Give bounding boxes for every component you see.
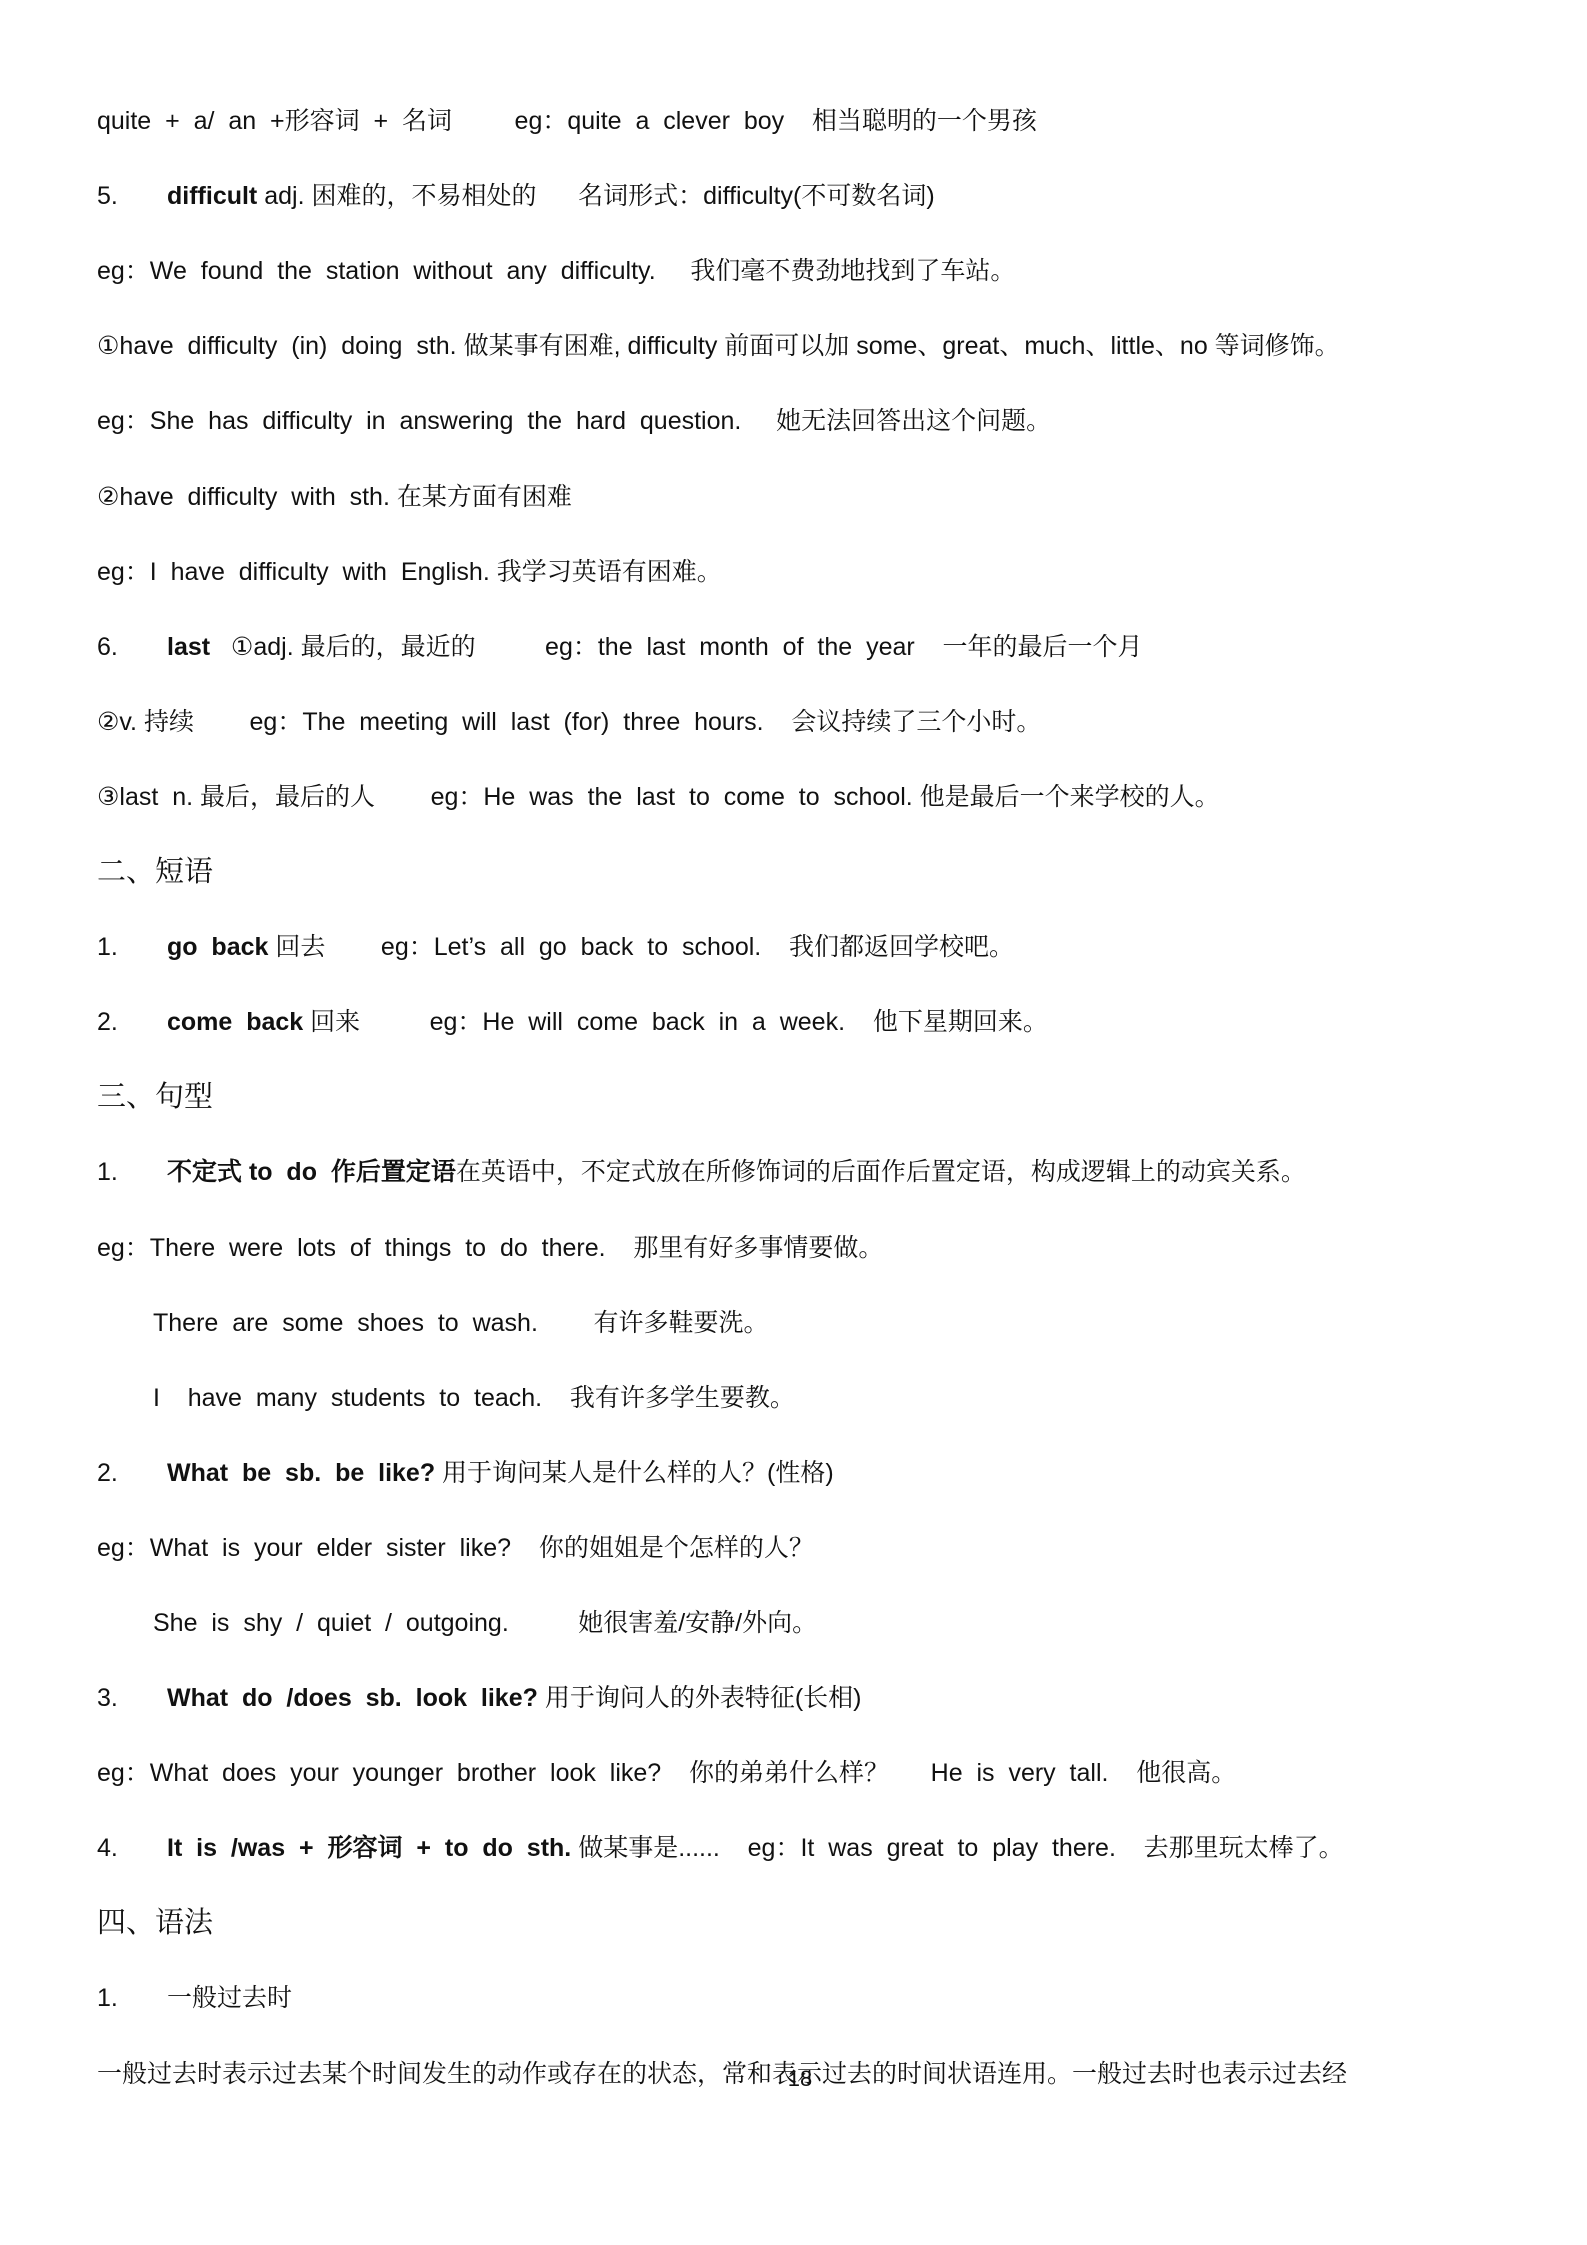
text-line: 2.What be sb. be like? 用于询问某人是什么样的人？(性格) bbox=[97, 1456, 834, 1490]
line-text: eg：We found the station without any diff… bbox=[97, 257, 656, 285]
heading-text: 四、语法 bbox=[97, 1907, 213, 1939]
text-line: 1.一般过去时 bbox=[97, 1981, 292, 2015]
item-number: 1. bbox=[97, 1155, 167, 1189]
line-text: 我们毫不费劲地找到了车站。 bbox=[656, 257, 1016, 285]
line-text: eg：She has difficulty in answering the h… bbox=[97, 407, 741, 435]
text-line: 2.come back 回来 eg：He will come back in a… bbox=[97, 1005, 1048, 1039]
text-line: 6.last ①adj. 最后的，最近的 eg：the last month o… bbox=[97, 630, 1142, 664]
line-text: adj. 困难的，不易相处的 名词形式：difficulty(不可数名词) bbox=[257, 182, 934, 210]
line-text: 一般过去时 bbox=[167, 1984, 292, 2012]
text-line: eg：What does your younger brother look l… bbox=[97, 1756, 1236, 1790]
line-text: 在英语中，不定式放在所修饰词的后面作后置定语，构成逻辑上的动宾关系。 bbox=[456, 1158, 1306, 1186]
section-heading: 二、短语 bbox=[97, 855, 213, 889]
section-heading: 三、句型 bbox=[97, 1080, 213, 1114]
keyword: What do /does sb. look like? bbox=[167, 1684, 538, 1712]
line-text: eg：What does your younger brother look l… bbox=[97, 1759, 1236, 1787]
page-number: 18 bbox=[0, 2066, 1587, 2092]
text-line: ②v. 持续 eg：The meeting will last (for) th… bbox=[97, 705, 1041, 739]
heading-text: 二、短语 bbox=[97, 856, 213, 888]
item-number: 2. bbox=[97, 1005, 167, 1039]
line-text: ②have difficulty with sth. 在某方面有困难 bbox=[97, 483, 572, 511]
item-number: 2. bbox=[97, 1456, 167, 1490]
text-line: 5.difficult adj. 困难的，不易相处的 名词形式：difficul… bbox=[97, 179, 935, 213]
text-line: 4.It is /was + 形容词 + to do sth. 做某事是....… bbox=[97, 1831, 1344, 1865]
line-text: 她无法回答出这个问题。 bbox=[741, 407, 1051, 435]
text-line: 3.What do /does sb. look like? 用于询问人的外表特… bbox=[97, 1681, 861, 1715]
text-line: eg：I have difficulty with English. 我学习英语… bbox=[97, 555, 722, 589]
line-text: ②v. 持续 eg：The meeting will last (for) th… bbox=[97, 708, 1041, 736]
text-line: eg：We found the station without any diff… bbox=[97, 254, 1015, 288]
keyword: 不定式 to do 作后置定语 bbox=[167, 1158, 456, 1186]
item-number: 4. bbox=[97, 1831, 167, 1865]
line-text: ①have difficulty (in) doing sth. 做某事有困难,… bbox=[97, 332, 1340, 360]
line-text: 做某事是...... eg：It was great to play there… bbox=[571, 1834, 1343, 1862]
text-line: eg：What is your elder sister like? 你的姐姐是… bbox=[97, 1531, 814, 1565]
text-line: I have many students to teach. 我有许多学生要教。 bbox=[153, 1381, 795, 1415]
item-number: 1. bbox=[97, 930, 167, 964]
text-line: 1.不定式 to do 作后置定语在英语中，不定式放在所修饰词的后面作后置定语，… bbox=[97, 1155, 1306, 1189]
keyword: come back bbox=[167, 1008, 303, 1036]
line-text: There are some shoes to wash. 有许多鞋要洗。 bbox=[153, 1309, 768, 1337]
keyword: What be sb. be like? bbox=[167, 1459, 435, 1487]
text-line: eg：She has difficulty in answering the h… bbox=[97, 404, 1051, 438]
line-text: ③last n. 最后，最后的人 eg：He was the last to c… bbox=[97, 783, 1220, 811]
keyword: It is /was + 形容词 + to do sth. bbox=[167, 1834, 571, 1862]
item-number: 3. bbox=[97, 1681, 167, 1715]
keyword: go back bbox=[167, 933, 268, 961]
line-text: eg：quite a clever boy 相当聪明的一个男孩 bbox=[452, 107, 1037, 135]
line-text: 用于询问某人是什么样的人？(性格) bbox=[435, 1459, 834, 1487]
text-line: ①have difficulty (in) doing sth. 做某事有困难,… bbox=[97, 329, 1340, 363]
heading-text: 三、句型 bbox=[97, 1081, 213, 1113]
line-text: 回来 eg：He will come back in a week. 他下星期回… bbox=[303, 1008, 1048, 1036]
line-text: eg：What is your elder sister like? 你的姐姐是… bbox=[97, 1534, 814, 1562]
text-line: There are some shoes to wash. 有许多鞋要洗。 bbox=[153, 1306, 768, 1340]
text-line: eg：There were lots of things to do there… bbox=[97, 1231, 883, 1265]
line-text: quite + a/ an +形容词 + 名词 bbox=[97, 107, 452, 135]
section-heading: 四、语法 bbox=[97, 1906, 213, 1940]
keyword: last bbox=[167, 633, 210, 661]
text-line: ③last n. 最后，最后的人 eg：He was the last to c… bbox=[97, 780, 1220, 814]
line-text: 用于询问人的外表特征(长相) bbox=[538, 1684, 862, 1712]
text-line: ②have difficulty with sth. 在某方面有困难 bbox=[97, 480, 572, 514]
text-line: She is shy / quiet / outgoing. 她很害羞/安静/外… bbox=[153, 1606, 817, 1640]
keyword: difficult bbox=[167, 182, 257, 210]
line-text: I have many students to teach. 我有许多学生要教。 bbox=[153, 1384, 795, 1412]
line-text: She is shy / quiet / outgoing. 她很害羞/安静/外… bbox=[153, 1609, 817, 1637]
line-text: eg：I have difficulty with English. 我学习英语… bbox=[97, 558, 722, 586]
text-line: quite + a/ an +形容词 + 名词 eg：quite a cleve… bbox=[97, 104, 1037, 138]
item-number: 1. bbox=[97, 1981, 167, 2015]
item-number: 5. bbox=[97, 179, 167, 213]
item-number: 6. bbox=[97, 630, 167, 664]
line-text: eg：There were lots of things to do there… bbox=[97, 1234, 883, 1262]
line-text: ①adj. 最后的，最近的 eg：the last month of the y… bbox=[210, 633, 1142, 661]
text-line: 1.go back 回去 eg：Let’s all go back to sch… bbox=[97, 930, 1014, 964]
line-text: 回去 eg：Let’s all go back to school. 我们都返回… bbox=[268, 933, 1014, 961]
